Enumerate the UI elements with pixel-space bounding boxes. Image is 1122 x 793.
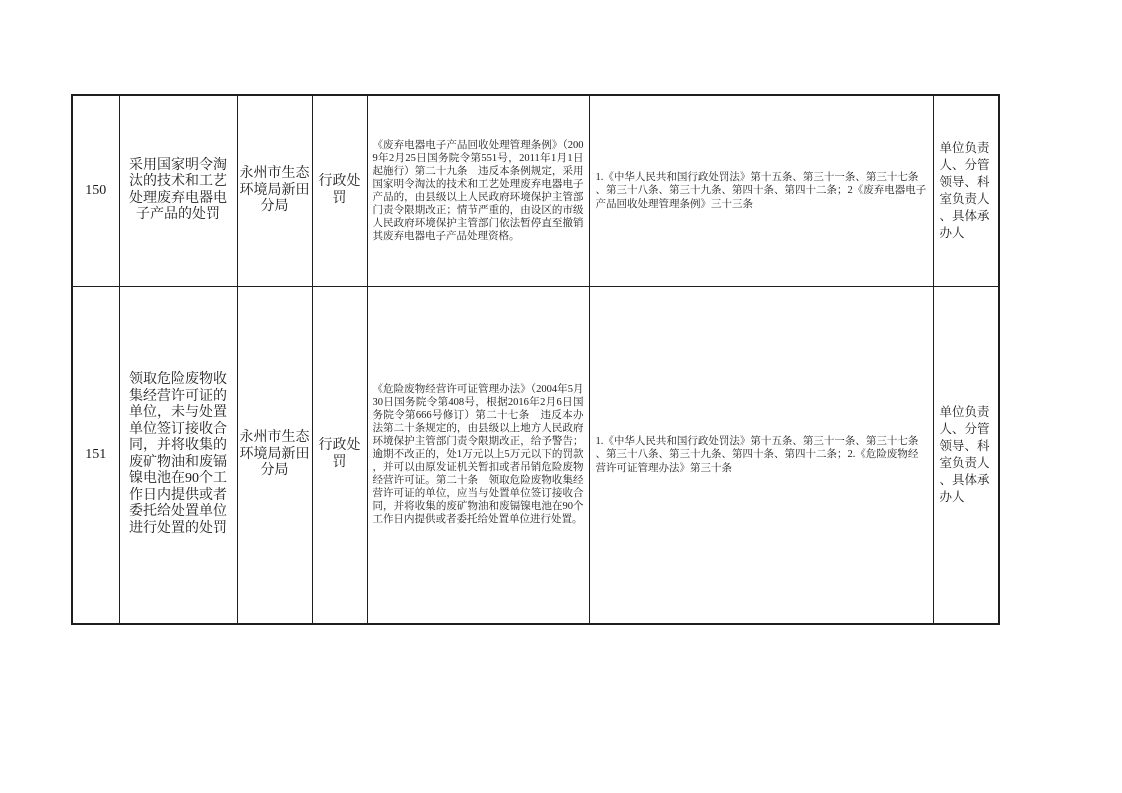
- cell-seq: 150: [72, 95, 119, 286]
- cell-item-name: 领取危险废物收集经营许可证的单位，未与处置单位签订接收合同，并将收集的废矿物油和…: [119, 286, 237, 624]
- table-row-150: 150 采用国家明令淘汰的技术和工艺处理废弃电器电子产品的处罚 永州市生态环境局…: [72, 95, 999, 286]
- penalty-items-table: 150 采用国家明令淘汰的技术和工艺处理废弃电器电子产品的处罚 永州市生态环境局…: [71, 94, 1000, 625]
- cell-implementing-agency: 永州市生态环境局新田分局: [237, 95, 312, 286]
- cell-power-type: 行政处罚: [312, 95, 367, 286]
- cell-responsible-persons: 单位负责人、分管领导、科室负责人、具体承办人: [933, 286, 999, 624]
- cell-legal-basis: 《废弃电器电子产品回收处理管理条例》（2009年2月25日国务院令第551号，2…: [367, 95, 589, 286]
- cell-implementing-agency: 永州市生态环境局新田分局: [237, 286, 312, 624]
- cell-accountability-basis: 1.《中华人民共和国行政处罚法》第十五条、第三十一条、第三十七条、第三十八条、第…: [589, 95, 933, 286]
- document-page: 150 采用国家明令淘汰的技术和工艺处理废弃电器电子产品的处罚 永州市生态环境局…: [0, 0, 1122, 793]
- cell-power-type: 行政处罚: [312, 286, 367, 624]
- cell-responsible-persons: 单位负责人、分管领导、科室负责人、具体承办人: [933, 95, 999, 286]
- table-row-151: 151 领取危险废物收集经营许可证的单位，未与处置单位签订接收合同，并将收集的废…: [72, 286, 999, 624]
- cell-item-name: 采用国家明令淘汰的技术和工艺处理废弃电器电子产品的处罚: [119, 95, 237, 286]
- cell-legal-basis: 《危险废物经营许可证管理办法》（2004年5月30日国务院令第408号，根据20…: [367, 286, 589, 624]
- cell-accountability-basis: 1.《中华人民共和国行政处罚法》第十五条、第三十一条、第三十七条、第三十八条、第…: [589, 286, 933, 624]
- cell-seq: 151: [72, 286, 119, 624]
